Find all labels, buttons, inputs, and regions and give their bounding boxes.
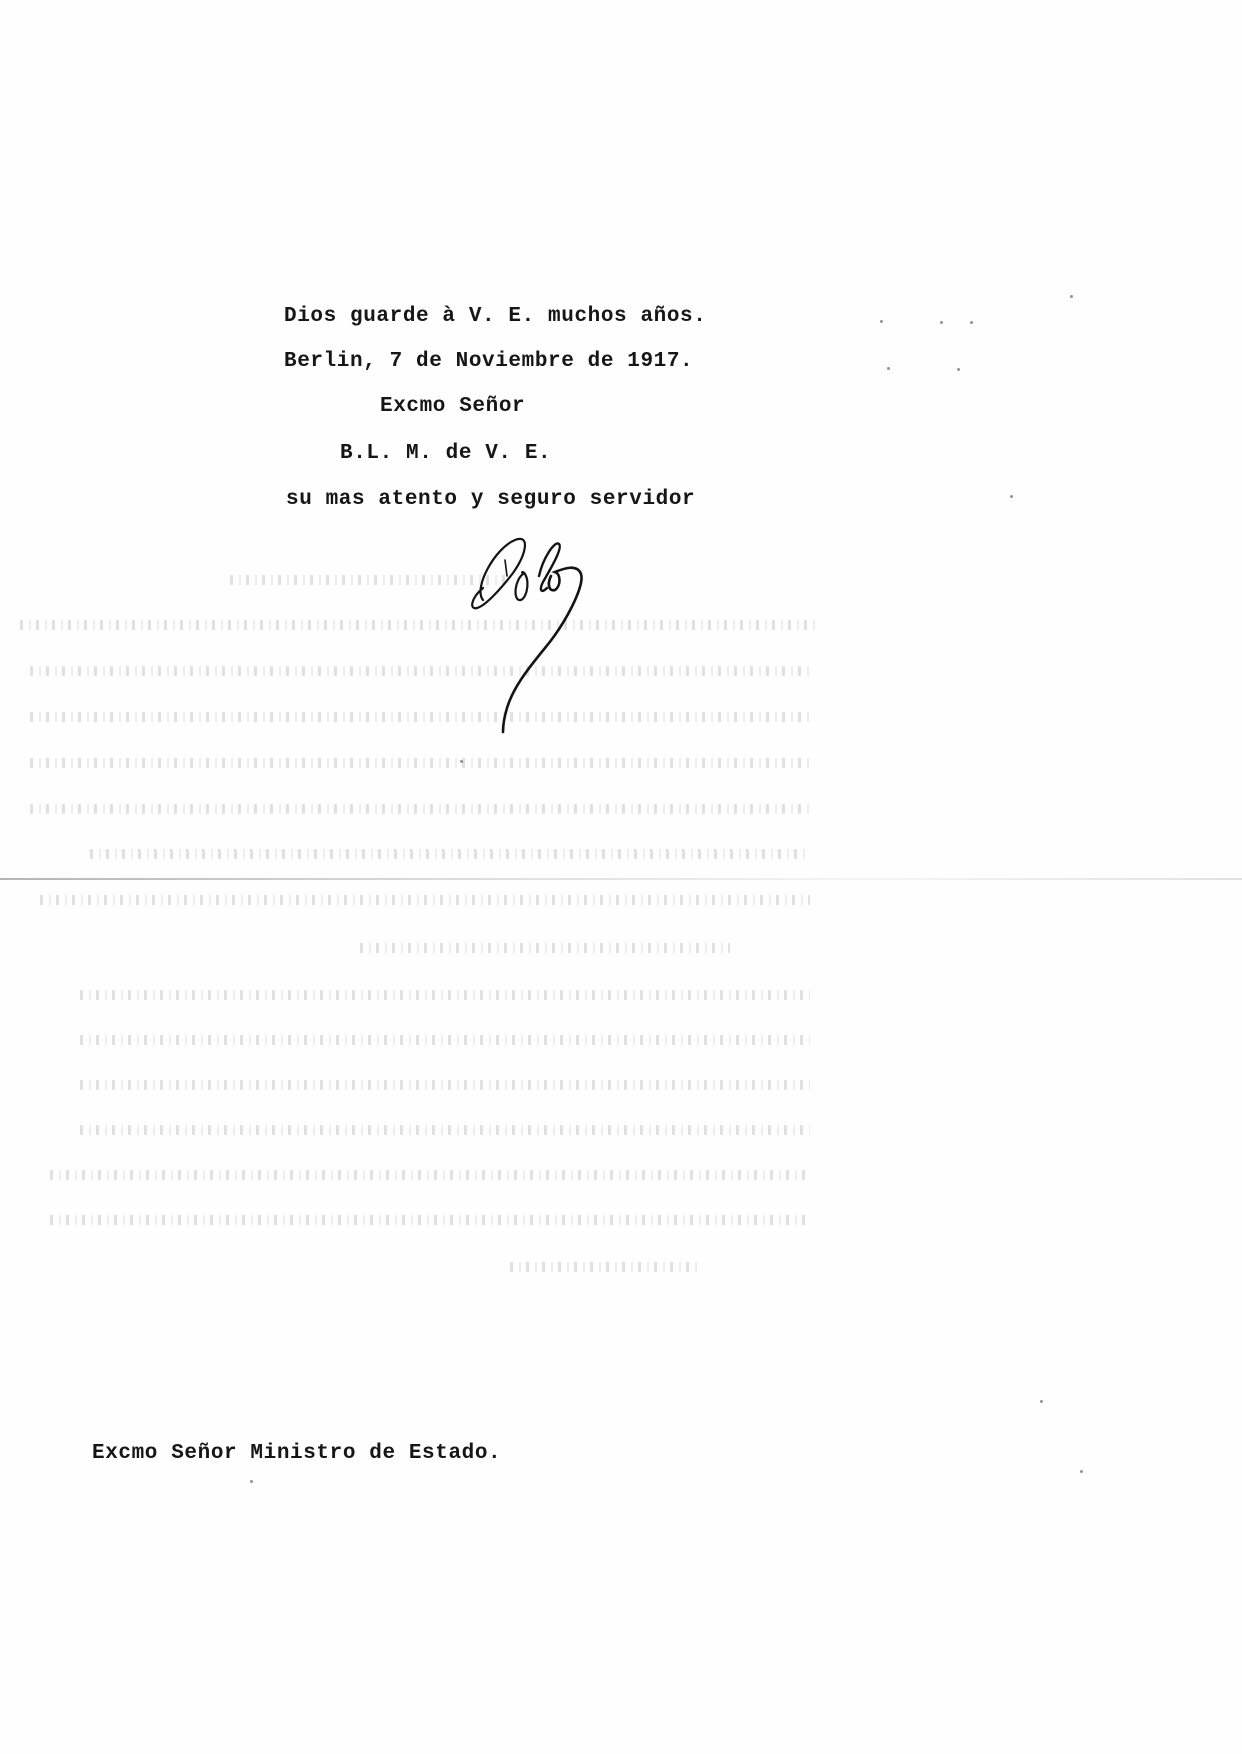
- addressee-line: Excmo Señor Ministro de Estado.: [92, 1443, 501, 1464]
- closing-salutation: Dios guarde à V. E. muchos años.: [284, 306, 706, 327]
- bleed-through-line: [20, 620, 820, 630]
- paper-speck: [887, 367, 890, 370]
- bleed-through-line: [80, 1080, 810, 1090]
- paper-speck: [250, 1480, 253, 1483]
- paper-fold-line: [0, 878, 1242, 880]
- bleed-through-line: [50, 1215, 810, 1225]
- bleed-through-line: [80, 990, 810, 1000]
- bleed-through-line: [50, 1170, 810, 1180]
- paper-speck: [1010, 495, 1013, 498]
- bleed-through-line: [30, 712, 810, 722]
- paper-speck: [1070, 295, 1073, 298]
- bleed-through-line: [30, 666, 810, 676]
- paper-speck: [970, 321, 973, 324]
- paper-speck: [940, 321, 943, 324]
- paper-speck: [957, 368, 960, 371]
- bleed-through-line: [80, 1035, 810, 1045]
- paper-speck: [880, 320, 883, 323]
- bleed-through-line: [40, 895, 810, 905]
- bleed-through-line: [510, 1262, 700, 1272]
- blm-line: B.L. M. de V. E.: [340, 443, 551, 464]
- honorific-line: Excmo Señor: [380, 396, 525, 417]
- bleed-through-line: [30, 758, 810, 768]
- bleed-through-line: [30, 804, 810, 814]
- servant-line: su mas atento y seguro servidor: [286, 489, 695, 510]
- paper-speck: [1040, 1400, 1043, 1403]
- handwritten-signature: Polo: [455, 528, 615, 738]
- letter-page: Dios guarde à V. E. muchos años. Berlin,…: [0, 0, 1242, 1754]
- bleed-through-line: [90, 849, 810, 859]
- bleed-through-line: [80, 1125, 810, 1135]
- paper-speck: [1080, 1470, 1083, 1473]
- bleed-through-line: [360, 943, 730, 953]
- paper-speck: [460, 760, 463, 763]
- place-date-line: Berlin, 7 de Noviembre de 1917.: [284, 351, 693, 372]
